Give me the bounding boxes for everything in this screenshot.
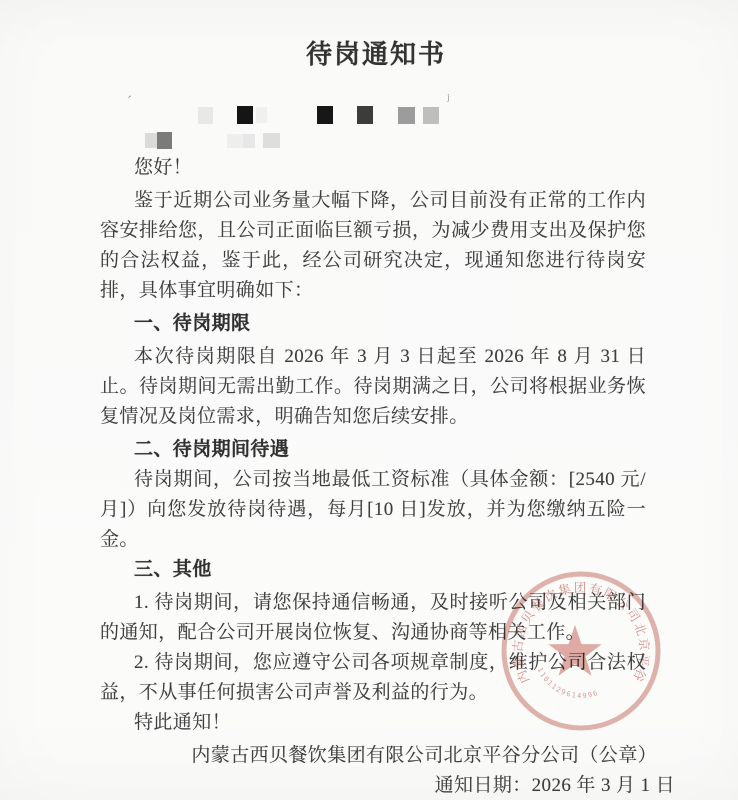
redaction-block bbox=[227, 134, 243, 148]
redaction-block bbox=[157, 132, 172, 149]
redaction-block bbox=[198, 107, 213, 124]
notice-document-page: 待岗通知书 ˊʲ 您好！ 鉴于近期公司业务量大幅下降，公司目前没有正常的工作内容… bbox=[0, 0, 738, 800]
section1-heading: 一、待岗期限 bbox=[100, 309, 646, 339]
redaction-block bbox=[243, 134, 255, 148]
section3-item2: 2. 待岗期间，您应遵守公司各项规章制度，维护公司合法权益，不从事任何损害公司声… bbox=[100, 648, 646, 708]
pen-mark: ˊ bbox=[127, 95, 132, 110]
signature-company-line: 内蒙古西贝餐饮集团有限公司北京平谷分公司（公章） bbox=[100, 741, 657, 771]
redaction-block bbox=[237, 106, 253, 124]
section3-item1: 1. 待岗期间，请您保持通信畅通，及时接听公司及相关部门的通知，配合公司开展岗位… bbox=[100, 588, 646, 648]
redaction-block bbox=[256, 107, 267, 123]
redaction-block bbox=[357, 106, 373, 124]
closing-line: 特此通知！ bbox=[100, 708, 646, 738]
redaction-block bbox=[423, 107, 439, 124]
redaction-block bbox=[263, 133, 280, 148]
greeting: 您好！ bbox=[100, 153, 646, 183]
section2-heading: 二、待岗期间待遇 bbox=[100, 435, 646, 465]
pen-mark: ʲ bbox=[447, 93, 449, 108]
redaction-block bbox=[145, 133, 157, 148]
section1-body: 本次待岗期限自 2026 年 3 月 3 日起至 2026 年 8 月 31 日… bbox=[100, 342, 646, 432]
intro-paragraph: 鉴于近期公司业务量大幅下降，公司目前没有正常的工作内容安排给您，且公司正面临巨额… bbox=[100, 186, 646, 306]
redaction-block bbox=[398, 107, 415, 124]
document-body: 您好！ 鉴于近期公司业务量大幅下降，公司目前没有正常的工作内容安排给您，且公司正… bbox=[100, 153, 646, 800]
section2-body: 待岗期间，公司按当地最低工资标准（具体金额：[2540 元/月]）向您发放待岗待… bbox=[100, 465, 646, 555]
redacted-recipient-region: ˊʲ bbox=[0, 0, 738, 160]
notice-date-line: 通知日期：2026 年 3 月 1 日 bbox=[100, 771, 675, 800]
redaction-block bbox=[317, 106, 333, 124]
section3-heading: 三、其他 bbox=[100, 555, 646, 585]
